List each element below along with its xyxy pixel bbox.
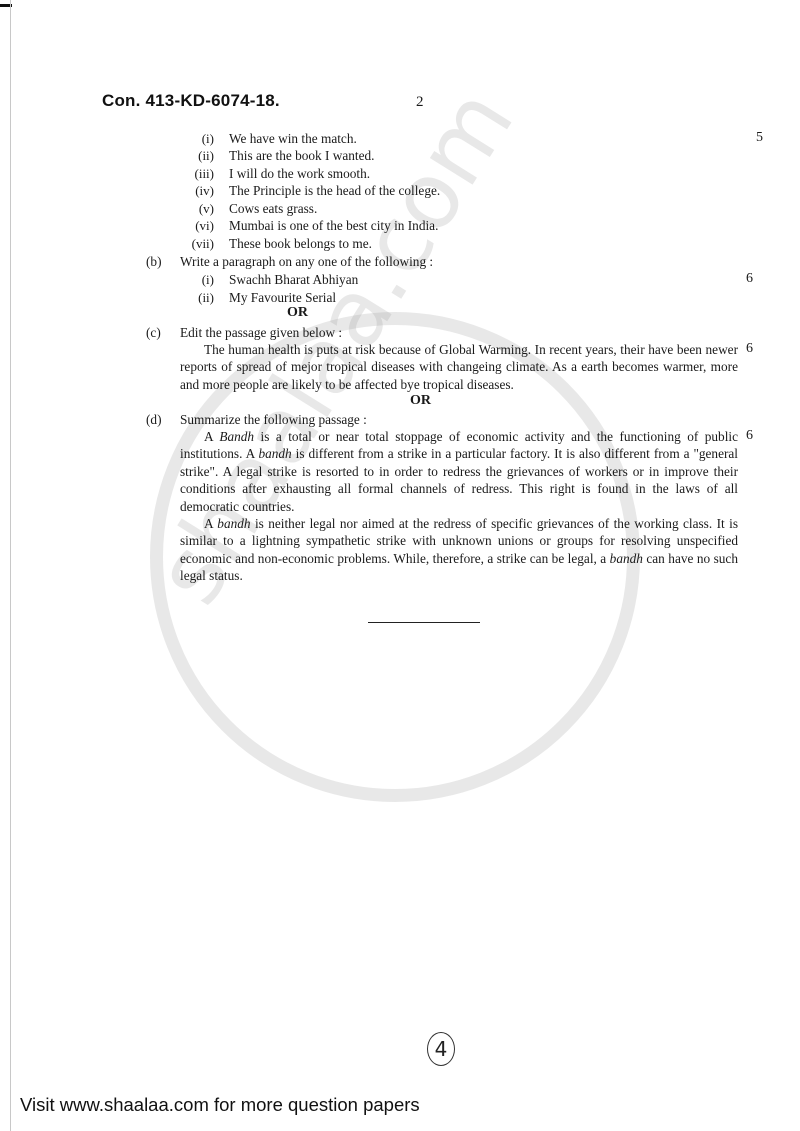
question-c-label: (c) bbox=[146, 324, 161, 341]
passage-paragraph-2: A bandh is neither legal nor aimed at th… bbox=[180, 515, 738, 585]
item-number: (vi) bbox=[180, 218, 214, 234]
footer-link-text[interactable]: Visit www.shaalaa.com for more question … bbox=[20, 1094, 420, 1116]
list-item: These book belongs to me. bbox=[229, 235, 372, 252]
list-item: This are the book I wanted. bbox=[229, 147, 374, 164]
item-number: (i) bbox=[180, 272, 214, 288]
list-item: Mumbai is one of the best city in India. bbox=[229, 217, 438, 234]
question-d-passage: A Bandh is a total or near total stoppag… bbox=[180, 428, 738, 585]
or-divider: OR bbox=[410, 393, 431, 409]
question-b-prompt: Write a paragraph on any one of the foll… bbox=[180, 253, 433, 270]
paper-code: Con. 413-KD-6074-18. bbox=[102, 91, 280, 111]
item-number: (iii) bbox=[180, 166, 214, 182]
list-item: I will do the work smooth. bbox=[229, 165, 370, 182]
list-item: The Principle is the head of the college… bbox=[229, 182, 440, 199]
page-number: 2 bbox=[416, 94, 424, 111]
question-b-marks: 6 bbox=[746, 271, 753, 287]
item-number: (v) bbox=[180, 201, 214, 217]
list-item: We have win the match. bbox=[229, 130, 357, 147]
passage-text: The human health is puts at risk because… bbox=[180, 341, 738, 393]
item-number: (ii) bbox=[180, 290, 214, 306]
exam-page: shaalaa.com Con. 413-KD-6074-18. 2 5 (i)… bbox=[0, 0, 800, 1131]
list-item: My Favourite Serial bbox=[229, 289, 336, 306]
item-number: (i) bbox=[180, 131, 214, 147]
passage-paragraph-1: A Bandh is a total or near total stoppag… bbox=[180, 428, 738, 515]
question-c-passage: The human health is puts at risk because… bbox=[180, 341, 738, 393]
question-d-label: (d) bbox=[146, 411, 162, 428]
handwritten-page-mark: 4 bbox=[427, 1032, 455, 1066]
question-d-marks: 6 bbox=[746, 428, 753, 444]
question-c-prompt: Edit the passage given below : bbox=[180, 324, 342, 341]
or-divider: OR bbox=[287, 305, 308, 321]
scan-left-edge bbox=[10, 0, 11, 1131]
list-item: Cows eats grass. bbox=[229, 200, 317, 217]
question-a-marks: 5 bbox=[756, 130, 763, 146]
end-rule bbox=[368, 622, 480, 623]
item-number: (iv) bbox=[180, 183, 214, 199]
item-number: (ii) bbox=[180, 148, 214, 164]
question-c-marks: 6 bbox=[746, 341, 753, 357]
list-item: Swachh Bharat Abhiyan bbox=[229, 271, 358, 288]
question-b-label: (b) bbox=[146, 253, 162, 270]
item-number: (vii) bbox=[180, 236, 214, 252]
question-d-prompt: Summarize the following passage : bbox=[180, 411, 367, 428]
